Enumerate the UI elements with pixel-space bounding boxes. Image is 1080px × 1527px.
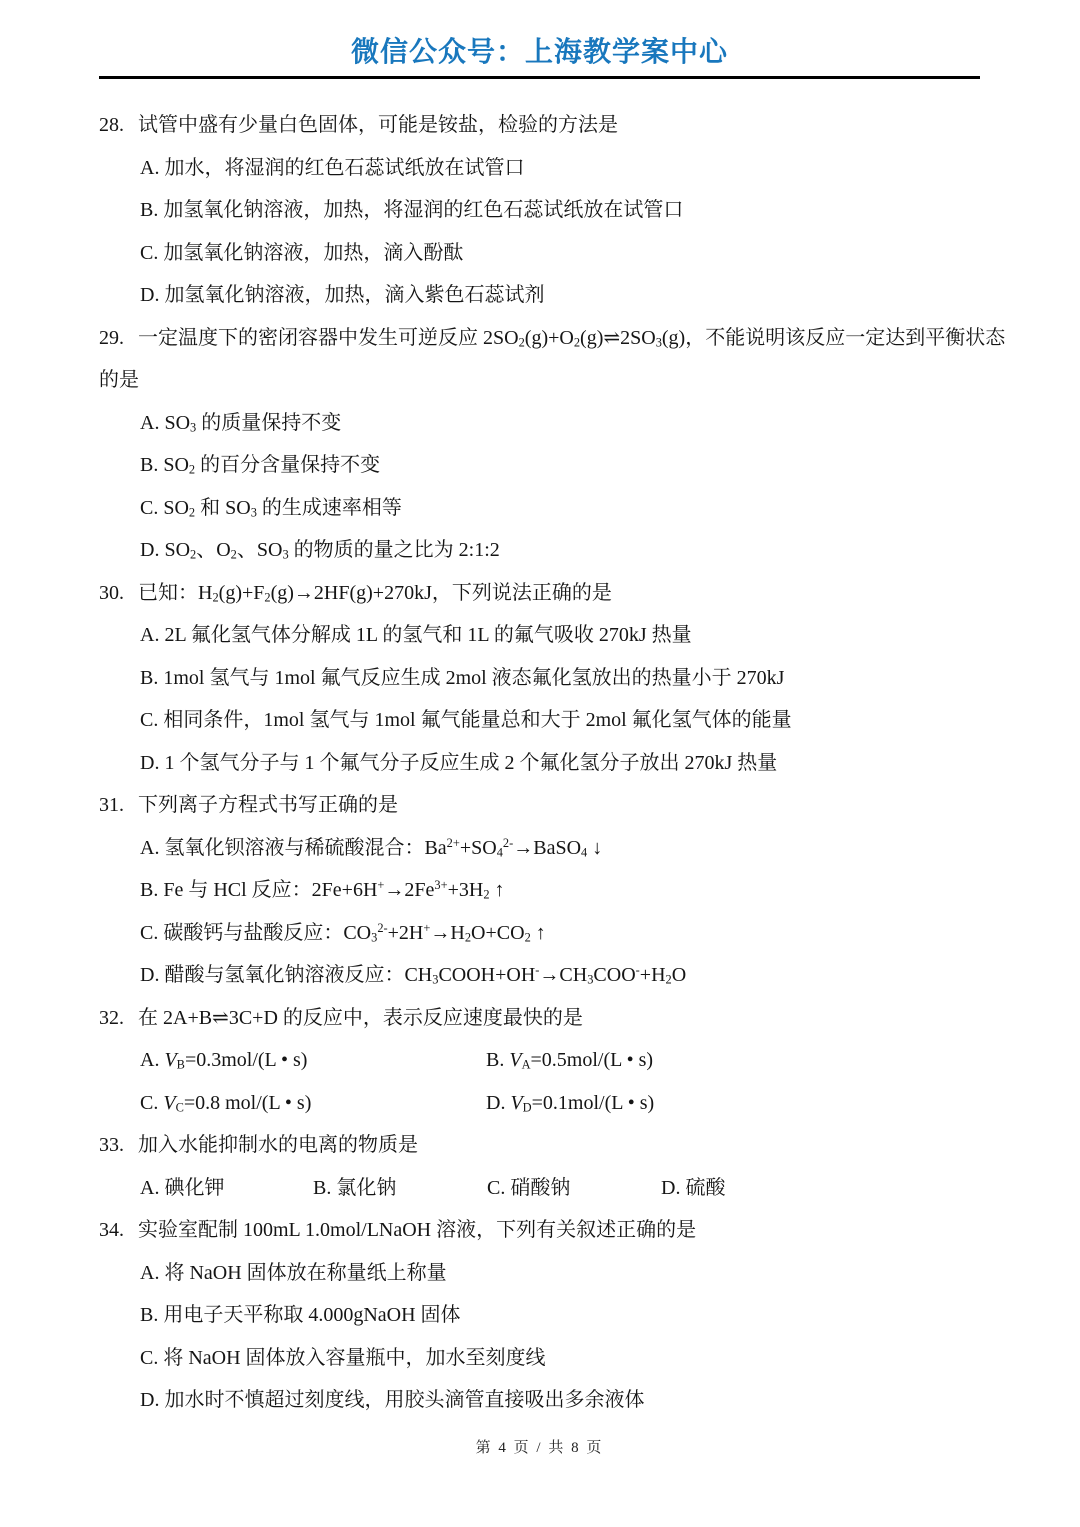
q33-stem-text: 加入水能抑制水的电离的物质是: [138, 1134, 418, 1156]
q28-number: 28.: [99, 104, 138, 147]
q34-option-d: D. 加水时不慎超过刻度线，用胶头滴管直接吸出多余液体: [140, 1379, 980, 1422]
question-29: 29.一定温度下的密闭容器中发生可逆反应 2SO2(g)+O2(g)⇌2SO3(…: [99, 317, 980, 572]
q28-option-b: B. 加氢氧化钠溶液，加热，将湿润的红色石蕊试纸放在试管口: [140, 189, 980, 232]
q29-option-a: A. SO3 的质量保持不变: [140, 402, 980, 445]
q33-option-d: D. 硫酸: [661, 1167, 980, 1210]
q31-option-b: B. Fe 与 HCl 反应：2Fe+6H+→2Fe3++3H2 ↑: [140, 869, 980, 912]
q30-option-d: D. 1 个氢气分子与 1 个氟气分子反应生成 2 个氟化氢分子放出 270kJ…: [140, 742, 980, 785]
q28-option-c: C. 加氢氧化钠溶液，加热，滴入酚酞: [140, 232, 980, 275]
page-number: 第 4 页 / 共 8 页: [476, 1440, 604, 1456]
q31-option-a: A. 氢氧化钡溶液与稀硫酸混合：Ba2++SO42-→BaSO4 ↓: [140, 827, 980, 870]
q31-stem: 31.下列离子方程式书写正确的是: [99, 784, 980, 827]
q31-option-d: D. 醋酸与氢氧化钠溶液反应：CH3COOH+OH-→CH3COO-+H2O: [140, 954, 980, 997]
q34-option-b: B. 用电子天平称取 4.000gNaOH 固体: [140, 1294, 980, 1337]
header-divider: [99, 76, 980, 79]
q31-option-c: C. 碳酸钙与盐酸反应：CO32-+2H+→H2O+CO2 ↑: [140, 912, 980, 955]
document-page: 微信公众号：上海教学案中心 28.试管中盛有少量白色固体，可能是铵盐，检验的方法…: [0, 34, 1080, 1458]
q28-option-a: A. 加水，将湿润的红色石蕊试纸放在试管口: [140, 147, 980, 190]
question-32: 32.在 2A+B⇌3C+D 的反应中，表示反应速度最快的是 A. VB=0.3…: [99, 997, 980, 1125]
page-footer: 第 4 页 / 共 8 页: [99, 1438, 980, 1458]
q34-stem-text: 实验室配制 100mL 1.0mol/LNaOH 溶液，下列有关叙述正确的是: [138, 1219, 696, 1241]
question-33: 33.加入水能抑制水的电离的物质是 A. 碘化钾 B. 氯化钠 C. 硝酸钠 D…: [99, 1124, 980, 1209]
q33-option-b: B. 氯化钠: [313, 1167, 487, 1210]
question-30: 30.已知：H2(g)+F2(g)→2HF(g)+270kJ，下列说法正确的是 …: [99, 572, 980, 785]
q29-stem-text: 一定温度下的密闭容器中发生可逆反应 2SO2(g)+O2(g)⇌2SO3(g)，…: [138, 327, 1005, 349]
q29-option-c: C. SO2 和 SO3 的生成速率相等: [140, 487, 980, 530]
q34-option-a: A. 将 NaOH 固体放在称量纸上称量: [140, 1252, 980, 1295]
q29-option-b: B. SO2 的百分含量保持不变: [140, 444, 980, 487]
q33-option-c: C. 硝酸钠: [487, 1167, 661, 1210]
question-28: 28.试管中盛有少量白色固体，可能是铵盐，检验的方法是 A. 加水，将湿润的红色…: [99, 104, 980, 317]
q31-options: A. 氢氧化钡溶液与稀硫酸混合：Ba2++SO42-→BaSO4 ↓ B. Fe…: [99, 827, 980, 997]
q28-stem: 28.试管中盛有少量白色固体，可能是铵盐，检验的方法是: [99, 104, 980, 147]
q33-number: 33.: [99, 1124, 138, 1167]
q32-number: 32.: [99, 997, 138, 1040]
q32-option-a: A. VB=0.3mol/(L • s): [140, 1039, 486, 1082]
question-31: 31.下列离子方程式书写正确的是 A. 氢氧化钡溶液与稀硫酸混合：Ba2++SO…: [99, 784, 980, 997]
q29-stem: 29.一定温度下的密闭容器中发生可逆反应 2SO2(g)+O2(g)⇌2SO3(…: [99, 317, 980, 360]
questions-area: 28.试管中盛有少量白色固体，可能是铵盐，检验的方法是 A. 加水，将湿润的红色…: [99, 104, 980, 1422]
q32-option-b: B. VA=0.5mol/(L • s): [486, 1039, 980, 1082]
q30-option-b: B. 1mol 氢气与 1mol 氟气反应生成 2mol 液态氟化氢放出的热量小…: [140, 657, 980, 700]
q32-option-c: C. VC=0.8 mol/(L • s): [140, 1082, 486, 1125]
q28-option-d: D. 加氢氧化钠溶液，加热，滴入紫色石蕊试剂: [140, 274, 980, 317]
q29-number: 29.: [99, 317, 138, 360]
q34-option-c: C. 将 NaOH 固体放入容量瓶中，加水至刻度线: [140, 1337, 980, 1380]
q30-option-a: A. 2L 氟化氢气体分解成 1L 的氢气和 1L 的氟气吸收 270kJ 热量: [140, 614, 980, 657]
q29-stem-line2: 的是: [99, 359, 980, 402]
q30-number: 30.: [99, 572, 138, 615]
question-34: 34.实验室配制 100mL 1.0mol/LNaOH 溶液，下列有关叙述正确的…: [99, 1209, 980, 1422]
q30-options: A. 2L 氟化氢气体分解成 1L 的氢气和 1L 的氟气吸收 270kJ 热量…: [99, 614, 980, 784]
q34-options: A. 将 NaOH 固体放在称量纸上称量 B. 用电子天平称取 4.000gNa…: [99, 1252, 980, 1422]
q34-number: 34.: [99, 1209, 138, 1252]
q32-options: A. VB=0.3mol/(L • s) B. VA=0.5mol/(L • s…: [99, 1039, 980, 1124]
q34-stem: 34.实验室配制 100mL 1.0mol/LNaOH 溶液，下列有关叙述正确的…: [99, 1209, 980, 1252]
q29-options: A. SO3 的质量保持不变 B. SO2 的百分含量保持不变 C. SO2 和…: [99, 402, 980, 572]
q30-option-c: C. 相同条件，1mol 氢气与 1mol 氟气能量总和大于 2mol 氟化氢气…: [140, 699, 980, 742]
wechat-account-title: 微信公众号：上海教学案中心: [99, 34, 980, 70]
q33-stem: 33.加入水能抑制水的电离的物质是: [99, 1124, 980, 1167]
q33-options: A. 碘化钾 B. 氯化钠 C. 硝酸钠 D. 硫酸: [99, 1167, 980, 1210]
q31-stem-text: 下列离子方程式书写正确的是: [138, 794, 398, 816]
q28-options: A. 加水，将湿润的红色石蕊试纸放在试管口 B. 加氢氧化钠溶液，加热，将湿润的…: [99, 147, 980, 317]
q32-stem-text: 在 2A+B⇌3C+D 的反应中，表示反应速度最快的是: [138, 1007, 583, 1029]
q29-option-d: D. SO2、O2、SO3 的物质的量之比为 2:1:2: [140, 529, 980, 572]
q30-stem: 30.已知：H2(g)+F2(g)→2HF(g)+270kJ，下列说法正确的是: [99, 572, 980, 615]
q30-stem-text: 已知：H2(g)+F2(g)→2HF(g)+270kJ，下列说法正确的是: [138, 582, 612, 604]
q28-stem-text: 试管中盛有少量白色固体，可能是铵盐，检验的方法是: [138, 114, 618, 136]
q32-option-d: D. VD=0.1mol/(L • s): [486, 1082, 980, 1125]
q32-stem: 32.在 2A+B⇌3C+D 的反应中，表示反应速度最快的是: [99, 997, 980, 1040]
q31-number: 31.: [99, 784, 138, 827]
q33-option-a: A. 碘化钾: [140, 1167, 313, 1210]
